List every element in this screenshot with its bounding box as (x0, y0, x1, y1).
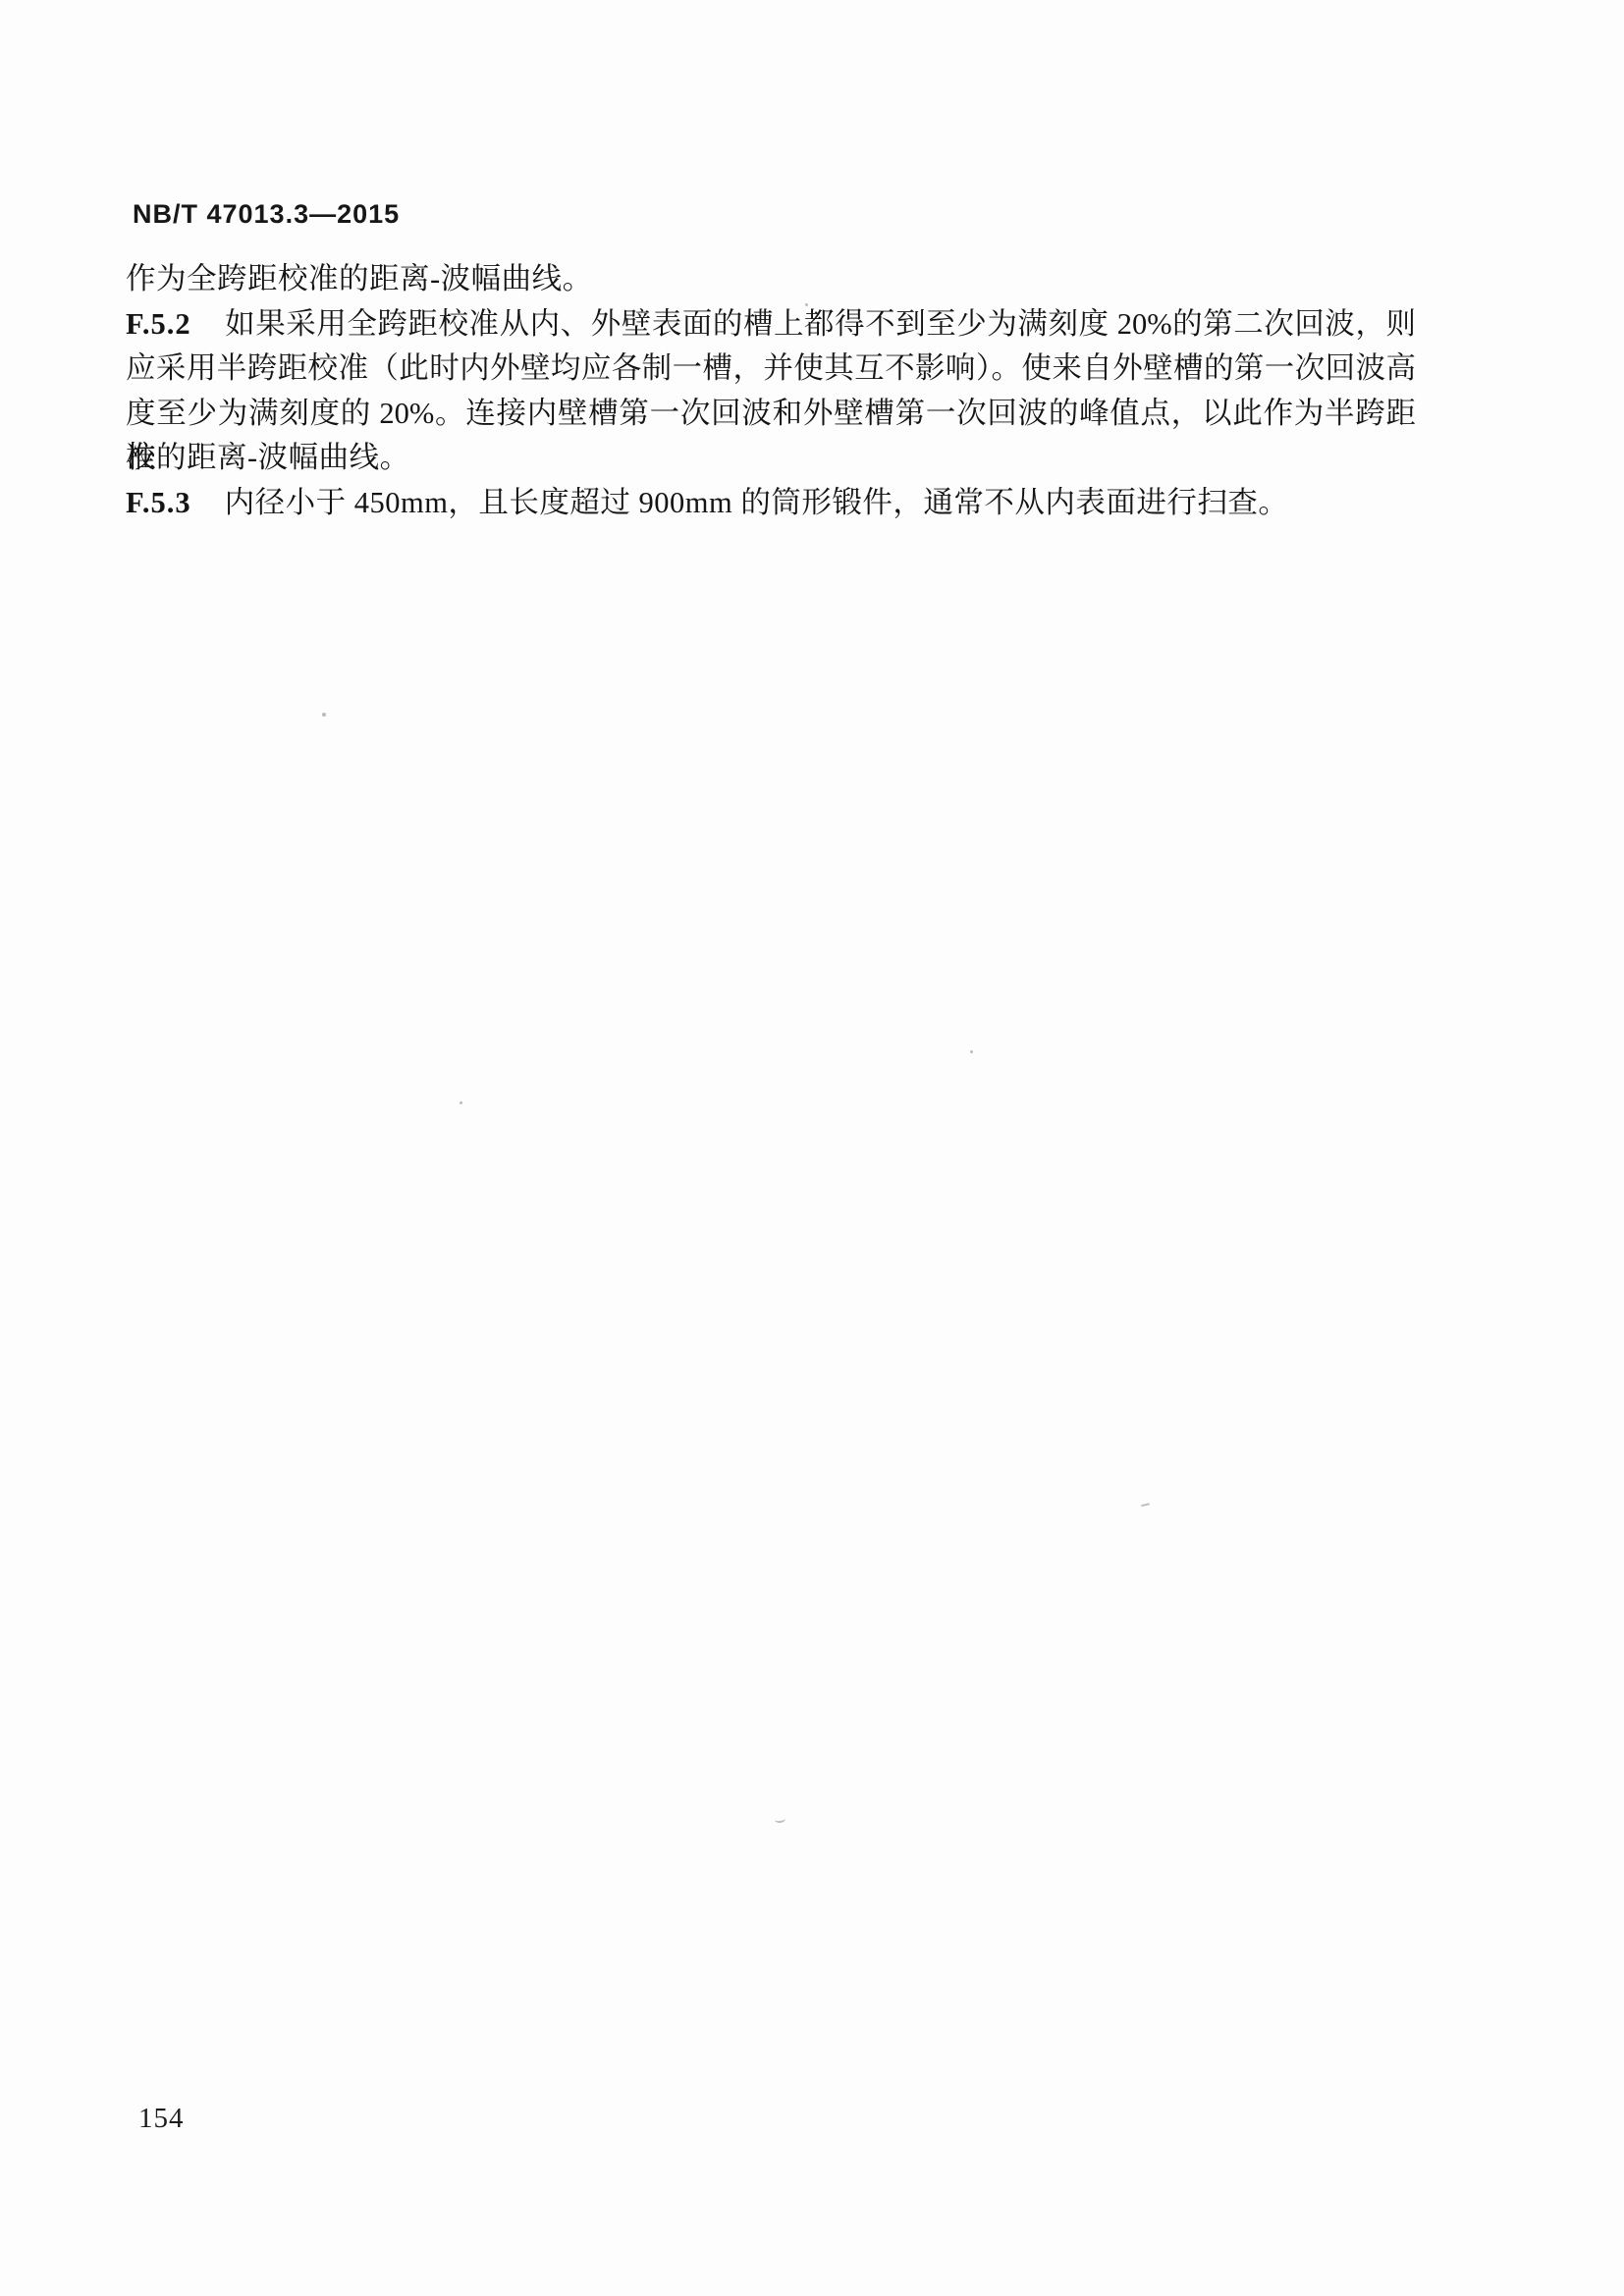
document-page: NB/T 47013.3—2015 作为全跨距校准的距离-波幅曲线。 F.5.2… (0, 0, 1624, 2296)
scan-artifact-dot (970, 1050, 973, 1053)
body-line-paragraph-end: 作为全跨距校准的距离-波幅曲线。 (126, 257, 1416, 302)
body-line-f52-end: 准的距离-波幅曲线。 (126, 436, 1416, 481)
scan-artifact-dot (805, 303, 808, 306)
page-number: 154 (138, 2103, 185, 2135)
body-line-f53: F.5.3内径小于 450mm，且长度超过 900mm 的筒形锻件，通常不从内表… (126, 481, 1416, 526)
scan-artifact-dash (1141, 1503, 1150, 1507)
section-label-f53: F.5.3 (126, 486, 191, 519)
body-line-f52-cont-1: 应采用半跨距校准（此时内外壁均应各制一槽，并使其互不影响）。使来自外壁槽的第一次… (126, 347, 1416, 392)
running-header-standard-code: NB/T 47013.3—2015 (133, 199, 400, 230)
body-line-text: 如果采用全跨距校准从内、外壁表面的槽上都得不到至少为满刻度 20%的第二次回波，… (225, 307, 1416, 341)
body-text-block: 作为全跨距校准的距离-波幅曲线。 F.5.2如果采用全跨距校准从内、外壁表面的槽… (126, 257, 1416, 526)
body-line-f52-cont-2: 度至少为满刻度的 20%。连接内壁槽第一次回波和外壁槽第一次回波的峰值点，以此作… (126, 392, 1416, 437)
body-line-text: 内径小于 450mm，且长度超过 900mm 的筒形锻件，通常不从内表面进行扫查… (225, 486, 1289, 519)
scan-artifact-squiggle (775, 1814, 786, 1823)
scan-artifact-dot (322, 713, 326, 717)
section-label-f52: F.5.2 (126, 307, 191, 341)
body-line-f52-start: F.5.2如果采用全跨距校准从内、外壁表面的槽上都得不到至少为满刻度 20%的第… (126, 302, 1416, 347)
scan-artifact-dot (460, 1101, 462, 1104)
